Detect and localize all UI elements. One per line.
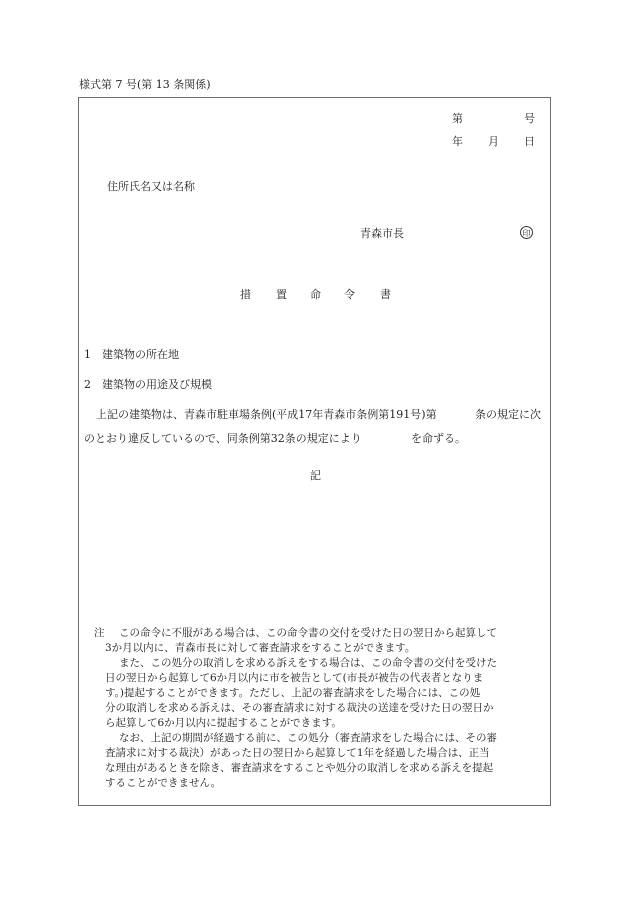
note-p2-line5: ら起算して6か月以内に提起することができます。	[105, 716, 342, 730]
note-p2-line4: 分の取消しを求める訴えは、その審査請求に対する裁決の送達を受けた日の翌日か	[105, 701, 494, 715]
number-suffix: 号	[524, 112, 535, 126]
document-title-char-3: 命	[310, 288, 321, 302]
ki-heading: 記	[310, 469, 321, 483]
note-label: 注	[94, 626, 105, 640]
note-p1-line1: この命令に不服がある場合は、この命令書の交付を受けた日の翌日から起算して	[119, 626, 497, 640]
item-2-number: 2	[84, 378, 91, 392]
note-p3-line1: なお、上記の期間が経過する前に、この処分（審査請求をした場合には、その審	[119, 731, 497, 745]
note-p2-line2: 日の翌日から起算して6か月以内に市を被告として(市長が被告の代表者となりま	[105, 671, 483, 685]
document-title-char-1: 措	[240, 288, 251, 302]
addressee-label: 住所氏名又は名称	[107, 180, 195, 194]
seal-icon: 印	[520, 226, 533, 239]
body-line-1: 上記の建築物は、青森市駐車場条例(平成17年青森市条例第191号)第	[96, 408, 437, 422]
item-2-label: 建築物の用途及び規模	[102, 378, 212, 392]
item-1-number: 1	[84, 348, 91, 362]
number-prefix: 第	[452, 112, 463, 126]
note-p1-line2: 3か月以内に、青森市長に対して審査請求をすることができます。	[105, 641, 415, 655]
note-p3-line2: 査請求に対する裁決）があった日の翌日から起算して1年を経過した場合は、正当	[105, 746, 490, 760]
issuer-title: 青森市長	[360, 227, 404, 241]
item-1-label: 建築物の所在地	[102, 348, 179, 362]
note-p3-line4: することができません。	[105, 776, 221, 790]
note-p3-line3: な理由があるときを除き、審査請求をすることや処分の取消しを求める訴えを提起	[105, 761, 493, 775]
date-day: 日	[524, 135, 535, 149]
date-month: 月	[488, 135, 499, 149]
document-title-char-4: 令	[344, 288, 355, 302]
body-line-2-end: を命ずる。	[411, 432, 466, 446]
body-line-2: のとおり違反しているので、同条例第32条の規定により	[84, 432, 362, 446]
note-p2-line1: また、この処分の取消しを求める訴えをする場合は、この命令書の交付を受けた	[119, 656, 497, 670]
document-title-char-5: 書	[380, 288, 391, 302]
date-year: 年	[452, 135, 463, 149]
body-line-1-end: 条の規定に次	[475, 408, 541, 422]
form-id: 様式第 7 号(第 13 条関係)	[79, 78, 211, 92]
note-p2-line3: す。)提起することができます。ただし、上記の審査請求をした場合には、この処	[105, 686, 480, 700]
document-title-char-2: 置	[276, 288, 287, 302]
